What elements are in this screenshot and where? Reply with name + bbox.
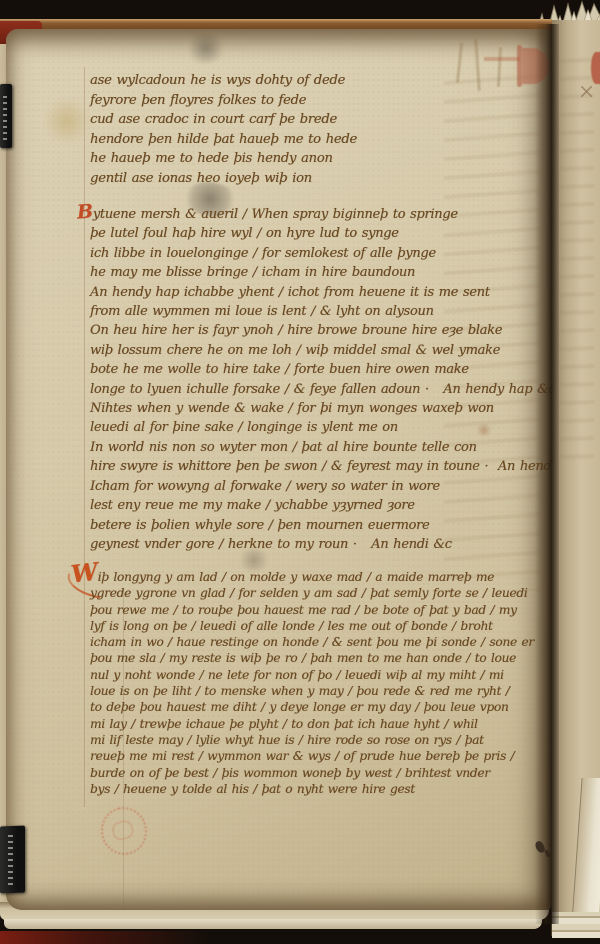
manuscript-line: betere is þolien whyle sore / þen mourne…	[90, 516, 552, 535]
manuscript-line: lest eny reue me my make / ychabbe yȝyrn…	[90, 496, 552, 515]
manuscript-line: gentil ase ionas heo ioyeþ wiþ ion	[90, 169, 552, 189]
text-block-3: Wiþ longyng y am lad / on molde y waxe m…	[90, 565, 552, 797]
red-initial-showthrough	[484, 57, 520, 61]
bottom-leaf-edges-right	[552, 912, 600, 938]
shelfmark-tab-text-illegible	[8, 834, 13, 885]
manuscript-line: wiþ lossum chere he on me loh / wiþ midd…	[90, 341, 552, 360]
shelfmark-tab-top	[0, 84, 12, 148]
manuscript-page: ase wylcadoun he is wys dohty of dede fe…	[6, 29, 552, 910]
manuscript-line: ich libbe in louelonginge / for semlokes…	[90, 244, 552, 263]
manuscript-line: þou rewe me / to rouþe þou hauest me rad…	[90, 602, 552, 618]
manuscript-line: hire swyre is whittore þen þe swon / & f…	[90, 457, 552, 476]
manuscript-line: burde on of þe best / þis wommon woneþ b…	[90, 765, 552, 781]
manuscript-line: bote he me wolle to hire take / forte bu…	[90, 360, 552, 379]
manuscript-line: geynest vnder gore / herkne to my roun ·…	[90, 535, 552, 554]
manuscript-line: þe lutel foul haþ hire wyl / on hyre lud…	[90, 224, 552, 243]
manuscript-line: cud ase cradoc in court carf þe brede	[90, 110, 552, 130]
text-block-2: Bytuene mersh & aueril / When spray bigi…	[90, 203, 552, 554]
text-block-1: ase wylcadoun he is wys dohty of dede fe…	[90, 71, 552, 188]
manuscript-line: þou me sla / my reste is wiþ þe ro / þah…	[90, 650, 552, 666]
shelfmark-tab-text-illegible	[3, 92, 7, 140]
manuscript-line: from alle wymmen mi loue is lent / & lyh…	[90, 302, 552, 321]
manuscript-line: An hendy hap ichabbe yhent / ichot from …	[90, 283, 552, 302]
manuscript-line: feyrore þen floyres folkes to fede	[90, 91, 552, 111]
manuscript-line: bys / heuene y tolde al his / þat o nyht…	[90, 781, 552, 797]
manuscript-line: reueþ me mi rest / wymmon war & wys / of…	[90, 748, 552, 764]
rubric-initial-W: W	[70, 563, 98, 582]
manuscript-line: mi lif leste may / lylie whyt hue is / h…	[90, 732, 552, 748]
stain	[186, 33, 226, 63]
gutter-shadow	[535, 24, 559, 924]
under-leaf-edge-bottom-2	[4, 919, 542, 929]
manuscript-line: Nihtes when y wende & wake / for þi myn …	[90, 399, 552, 418]
manuscript-line: icham in wo / haue restinge on honde / &…	[90, 634, 552, 650]
manuscript-line: mi lay / trewþe ichaue þe plyht / to don…	[90, 716, 552, 732]
manuscript-line: hendore þen hilde þat haueþ me to hede	[90, 130, 552, 150]
ruled-margin-line	[84, 67, 85, 807]
manuscript-line: ase wylcadoun he is wys dohty of dede	[90, 71, 552, 91]
manuscript-line: to deþe þou hauest me diht / y deye long…	[90, 699, 552, 715]
manuscript-line: lyf is long on þe / leuedi of alle londe…	[90, 618, 552, 634]
manuscript-line: ygrede ygrone vn glad / for selden y am …	[90, 585, 552, 601]
facing-page-red-initial-edge	[591, 52, 600, 84]
manuscript-line: Bytuene mersh & aueril / When spray bigi…	[90, 203, 552, 224]
manuscript-line: In world nis non so wyter mon / þat al h…	[90, 438, 552, 457]
facing-page-showthrough	[560, 50, 594, 470]
manuscript-line: Icham for wowyng al forwake / wery so wa…	[90, 477, 552, 496]
manuscript-line: On heu hire her is fayr ynoh / hire brow…	[90, 321, 552, 340]
manuscript-line: he haueþ me to hede þis hendy anon	[90, 149, 552, 169]
manuscript-line: leuedi al for þine sake / longinge is yl…	[90, 418, 552, 437]
binding-edge-bottom	[0, 931, 210, 944]
margin-cross-mark	[581, 86, 592, 97]
manuscript-line: longe to lyuen ichulle forsake / & feye …	[90, 380, 552, 399]
manuscript-line: nul y noht wonde / ne lete for non of þo…	[90, 667, 552, 683]
manuscript-line: Wiþ longyng y am lad / on molde y waxe m…	[90, 565, 552, 585]
manuscript-line: he may me blisse bringe / icham in hire …	[90, 263, 552, 282]
rubric-initial-B: B	[76, 202, 93, 222]
photograph-background: ase wylcadoun he is wys dohty of dede fe…	[0, 0, 600, 944]
manuscript-line-text: iþ longyng y am lad / on molde y waxe ma…	[98, 570, 494, 584]
manuscript-line-text: ytuene mersh & aueril / When spray bigin…	[93, 207, 458, 222]
manuscript-line: loue is on þe liht / to menske when y ma…	[90, 683, 552, 699]
shelfmark-tab-bottom	[0, 826, 25, 894]
stain	[42, 99, 92, 143]
